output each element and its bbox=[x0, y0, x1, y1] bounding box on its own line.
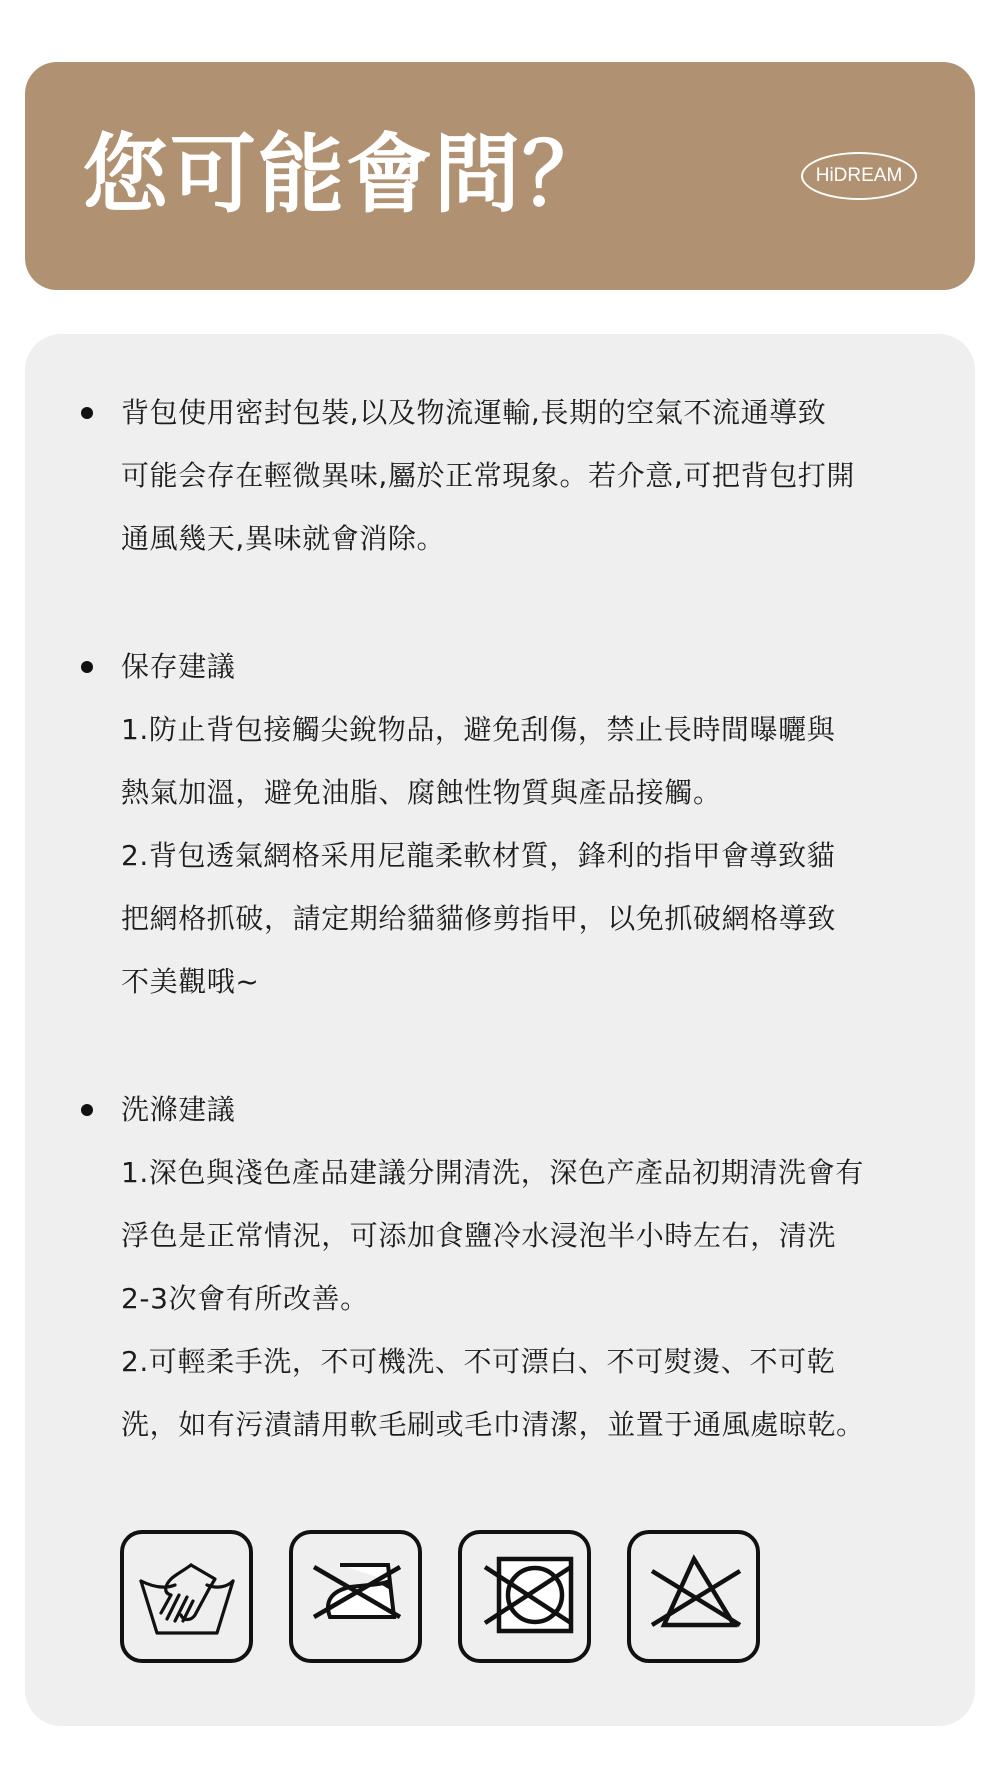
text-line: 熱氣加溫，避免油脂、腐蝕性物質與產品接觸。 bbox=[121, 775, 722, 811]
text-line: 2.背包透氣網格采用尼龍柔軟材質，鋒利的指甲會導致貓 bbox=[121, 838, 835, 874]
text-line: 不美觀哦~ bbox=[121, 964, 259, 1000]
text-line: 浮色是正常情況，可添加食鹽冷水浸泡半小時左右，清洗 bbox=[121, 1218, 836, 1254]
section-heading: 洗滌建議 bbox=[121, 1092, 235, 1128]
section-heading: 保存建議 bbox=[121, 649, 235, 685]
bullet-icon bbox=[81, 407, 93, 419]
text-line: 洗，如有污漬請用軟毛刷或毛巾清潔，並置于通風處晾乾。 bbox=[121, 1407, 865, 1443]
faq-content-panel: 背包使用密封包裝,以及物流運輸,長期的空氣不流通導致 可能会存在輕微異味,屬於正… bbox=[25, 334, 975, 1726]
do-not-bleach-icon bbox=[627, 1530, 760, 1663]
page-title: 您可能會問？ bbox=[82, 120, 610, 230]
bullet-icon bbox=[81, 1104, 93, 1116]
bullet-icon bbox=[81, 661, 93, 673]
do-not-iron-icon bbox=[289, 1530, 422, 1663]
text-line: 把網格抓破，請定期给貓貓修剪指甲，以免抓破網格導致 bbox=[121, 901, 836, 937]
text-line: 可能会存在輕微異味,屬於正常現象。若介意,可把背包打開 bbox=[121, 458, 855, 494]
text-line: 1.深色與淺色產品建議分開清洗，深色产產品初期清洗會有 bbox=[121, 1155, 864, 1191]
text-line: 1.防止背包接觸尖銳物品，避免刮傷，禁止長時間曝曬與 bbox=[121, 712, 835, 748]
do-not-tumble-dry-icon bbox=[458, 1530, 591, 1663]
care-icons-row bbox=[120, 1530, 760, 1664]
text-line: 背包使用密封包裝,以及物流運輸,長期的空氣不流通導致 bbox=[121, 395, 826, 431]
text-line: 2-3次會有所改善。 bbox=[121, 1281, 369, 1317]
faq-header-banner: 您可能會問？ HiDREAM bbox=[25, 62, 975, 290]
hand-wash-icon bbox=[120, 1530, 253, 1663]
text-line: 2.可輕柔手洗，不可機洗、不可漂白、不可熨燙、不可乾 bbox=[121, 1344, 835, 1380]
text-line: 通風幾天,異味就會消除。 bbox=[121, 521, 445, 557]
brand-logo: HiDREAM bbox=[801, 152, 917, 200]
